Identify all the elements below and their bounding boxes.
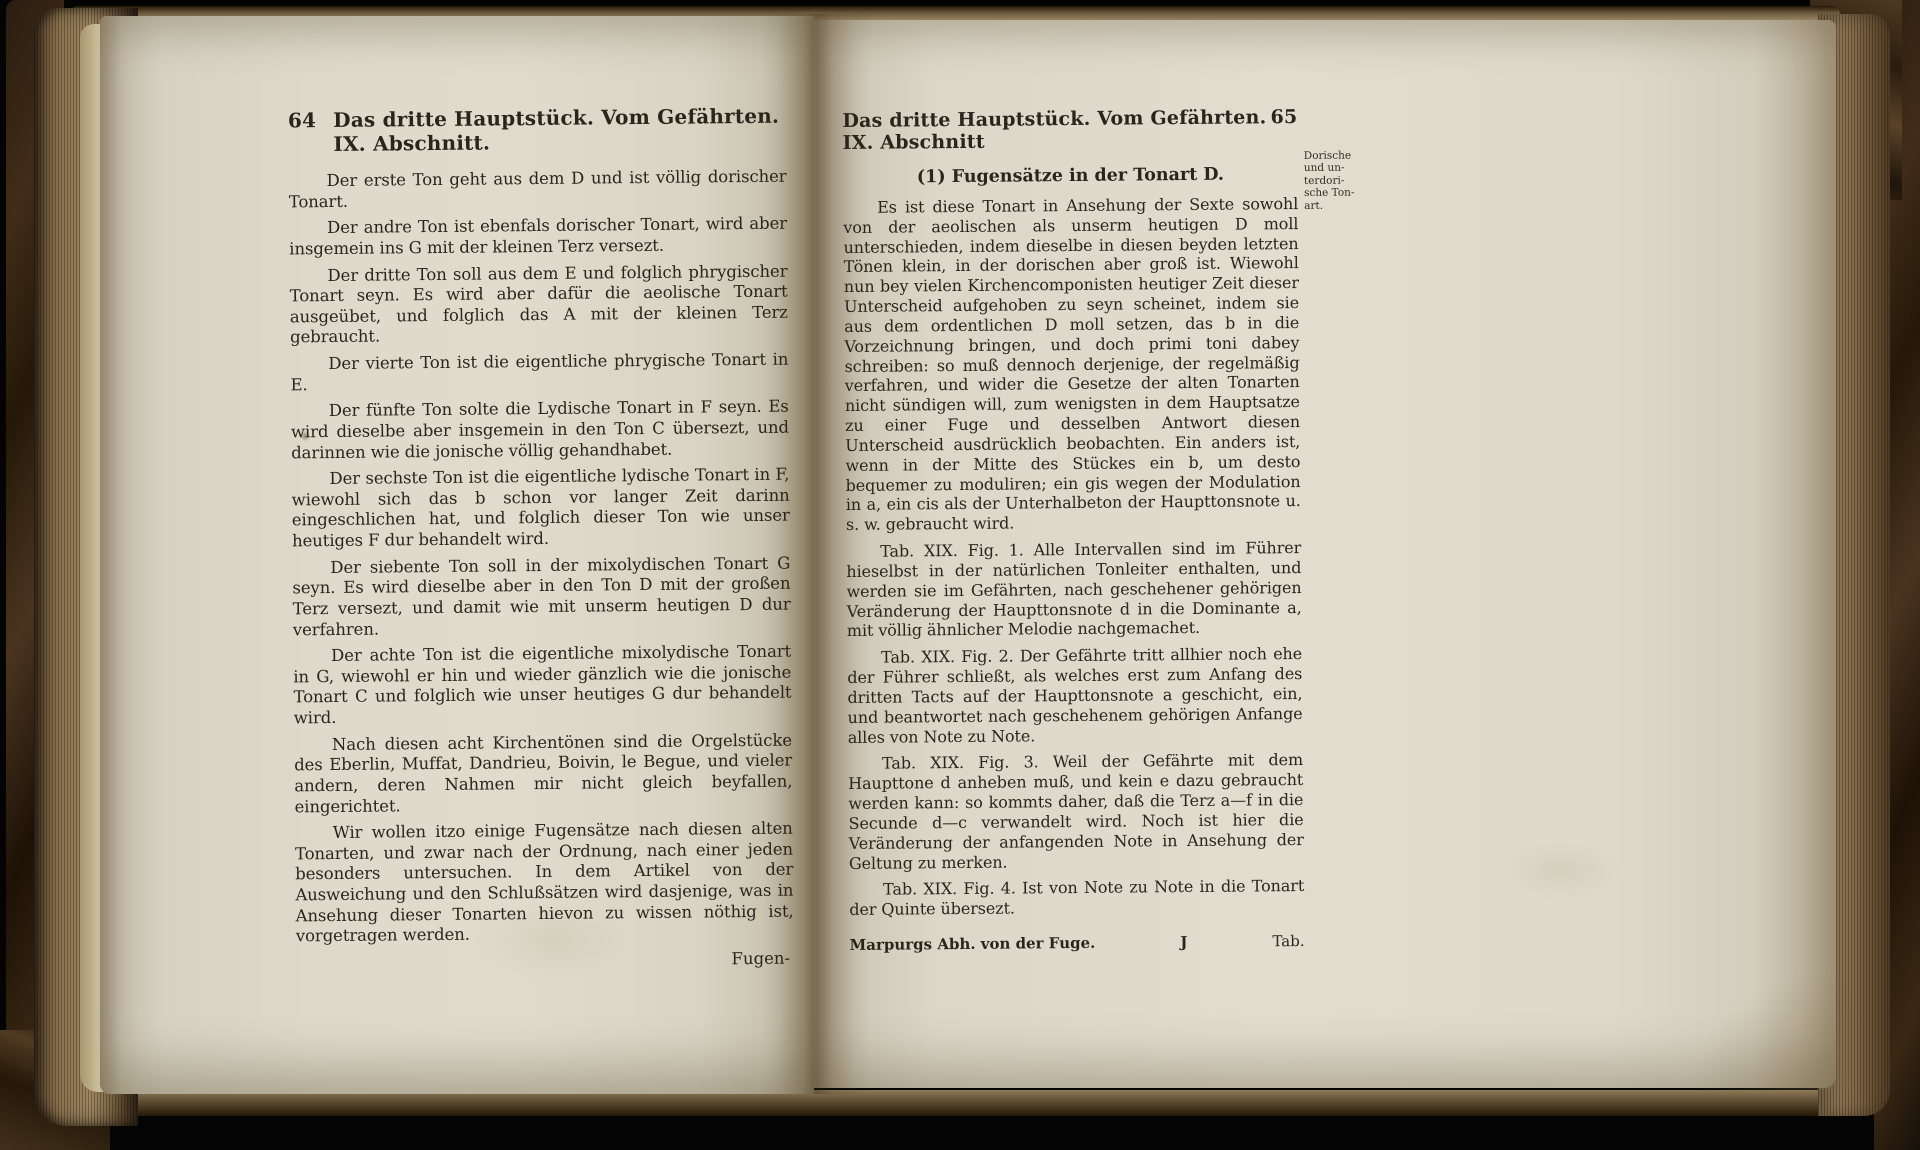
margin-note-line: und un- bbox=[1304, 162, 1364, 175]
paragraph: Der achte Ton ist die eigentliche mixoly… bbox=[293, 642, 792, 729]
left-running-title: Das dritte Hauptstück. Vom Gefährten. IX… bbox=[333, 104, 786, 156]
signature-mark: J bbox=[1180, 933, 1187, 951]
page-curl-shadow bbox=[1680, 960, 1850, 1090]
left-page-number: 64 bbox=[288, 108, 316, 132]
paragraph: Der dritte Ton soll aus dem E und folgli… bbox=[289, 261, 788, 348]
paragraph: Der fünfte Ton solte die Lydische Tonart… bbox=[291, 397, 790, 464]
footer-book-title: Marpurgs Abh. von der Fuge. bbox=[850, 934, 1096, 954]
margin-note-line: Dorische bbox=[1304, 149, 1364, 162]
left-running-head: 64 Das dritte Hauptstück. Vom Gefährten.… bbox=[288, 104, 786, 157]
margin-note-line: art. bbox=[1304, 199, 1364, 212]
paragraph: Der vierte Ton ist die eigentliche phryg… bbox=[290, 350, 788, 396]
margin-note-line: terdori- bbox=[1304, 174, 1364, 187]
section-heading: (1) Fugensätze in der Tonart D. bbox=[843, 164, 1298, 188]
paragraph: Der siebente Ton soll in der mixolydisch… bbox=[292, 553, 791, 640]
right-running-head: Das dritte Hauptstück. Vom Gefährten. IX… bbox=[842, 106, 1297, 154]
paragraph: Tab. XIX. Fig. 4. Ist von Note zu Note i… bbox=[849, 876, 1304, 920]
stain bbox=[1500, 840, 1620, 900]
right-page-number: 65 bbox=[1270, 106, 1297, 128]
paragraph: Der andre Ton ist ebenfals dorischer Ton… bbox=[289, 214, 787, 260]
left-page-content: 64 Das dritte Hauptstück. Vom Gefährten.… bbox=[288, 104, 794, 973]
left-text-block: Der erste Ton geht aus dem D und ist völ… bbox=[288, 167, 793, 948]
paragraph: Tab. XIX. Fig. 1. Alle Intervallen sind … bbox=[846, 538, 1302, 641]
paragraph: Der erste Ton geht aus dem D und ist völ… bbox=[288, 167, 786, 213]
right-running-title: Das dritte Hauptstück. Vom Gefährten. IX… bbox=[842, 106, 1271, 154]
right-catchword: Tab. bbox=[1272, 932, 1304, 950]
paragraph: Es ist diese Tonart in Ansehung der Sext… bbox=[843, 194, 1301, 535]
paragraph: Wir wollen itzo einige Fugensätze nach d… bbox=[295, 819, 794, 948]
right-page-content: Das dritte Hauptstück. Vom Gefährten. IX… bbox=[842, 106, 1304, 954]
right-text-block: Es ist diese Tonart in Ansehung der Sext… bbox=[843, 194, 1304, 920]
paragraph: Tab. XIX. Fig. 2. Der Gefährte tritt all… bbox=[847, 644, 1303, 747]
paragraph: Der sechste Ton ist die eigentliche lydi… bbox=[291, 465, 790, 552]
margin-note-line: sche Ton- bbox=[1304, 187, 1364, 200]
margin-note: Dorische und un- terdori- sche Ton- art. bbox=[1304, 149, 1365, 211]
paragraph: Nach diesen acht Kirchentönen sind die O… bbox=[294, 730, 793, 817]
paragraph: Tab. XIX. Fig. 3. Weil der Gefährte mit … bbox=[848, 750, 1304, 873]
book-photograph: 64 Das dritte Hauptstück. Vom Gefährten.… bbox=[0, 0, 1920, 1150]
